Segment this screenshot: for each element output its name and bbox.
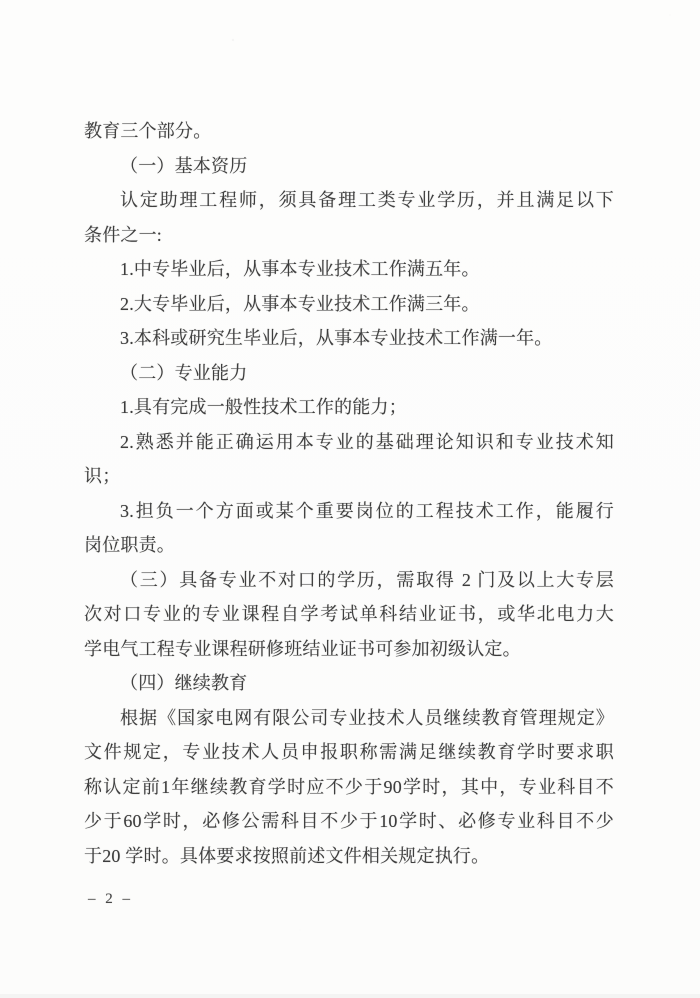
page-number: – 2 –: [88, 891, 133, 908]
list-item: 2.熟悉并能正确运用本专业的基础理论知识和专业技术知: [84, 425, 614, 460]
section-heading: （三）具备专业不对口的学历，需取得 2 门及以上大专层: [84, 563, 614, 598]
scanned-document-page: 教育三个部分。 （一）基本资历 认定助理工程师，须具备理工类专业学历，并且满足以…: [0, 0, 700, 998]
doc-line: 次对口专业的专业课程自学考试单科结业证书，或华北电力大: [84, 597, 614, 632]
doc-line: 认定助理工程师，须具备理工类专业学历，并且满足以下: [84, 183, 614, 218]
list-item: 3.本科或研究生毕业后，从事本专业技术工作满一年。: [84, 321, 614, 356]
doc-line: 少于60学时，必修公需科目不少于10学时、必修专业科目不少: [84, 804, 614, 839]
list-item: 1.中专毕业后，从事本专业技术工作满五年。: [84, 252, 614, 287]
section-heading: （二）专业能力: [84, 356, 614, 391]
section-heading: （一）基本资历: [84, 149, 614, 184]
doc-line: 称认定前1年继续教育学时应不少于90学时，其中，专业科目不: [84, 770, 614, 805]
list-item: 3.担负一个方面或某个重要岗位的工程技术工作，能履行: [84, 494, 614, 529]
doc-line: 岗位职责。: [84, 528, 614, 563]
doc-line: 识；: [84, 459, 614, 494]
doc-line: 文件规定，专业技术人员申报职称需满足继续教育学时要求职: [84, 735, 614, 770]
section-heading: （四）继续教育: [84, 666, 614, 701]
list-item: 2.大专毕业后，从事本专业技术工作满三年。: [84, 287, 614, 322]
doc-line: 根据《国家电网有限公司专业技术人员继续教育管理规定》: [84, 701, 614, 736]
doc-line: 条件之一:: [84, 218, 614, 253]
list-item: 1.具有完成一般性技术工作的能力；: [84, 390, 614, 425]
doc-line: 教育三个部分。: [84, 114, 614, 149]
doc-line: 于20 学时。具体要求按照前述文件相关规定执行。: [84, 839, 614, 874]
doc-line: 学电气工程专业课程研修班结业证书可参加初级认定。: [84, 632, 614, 667]
document-body: 教育三个部分。 （一）基本资历 认定助理工程师，须具备理工类专业学历，并且满足以…: [84, 114, 614, 873]
